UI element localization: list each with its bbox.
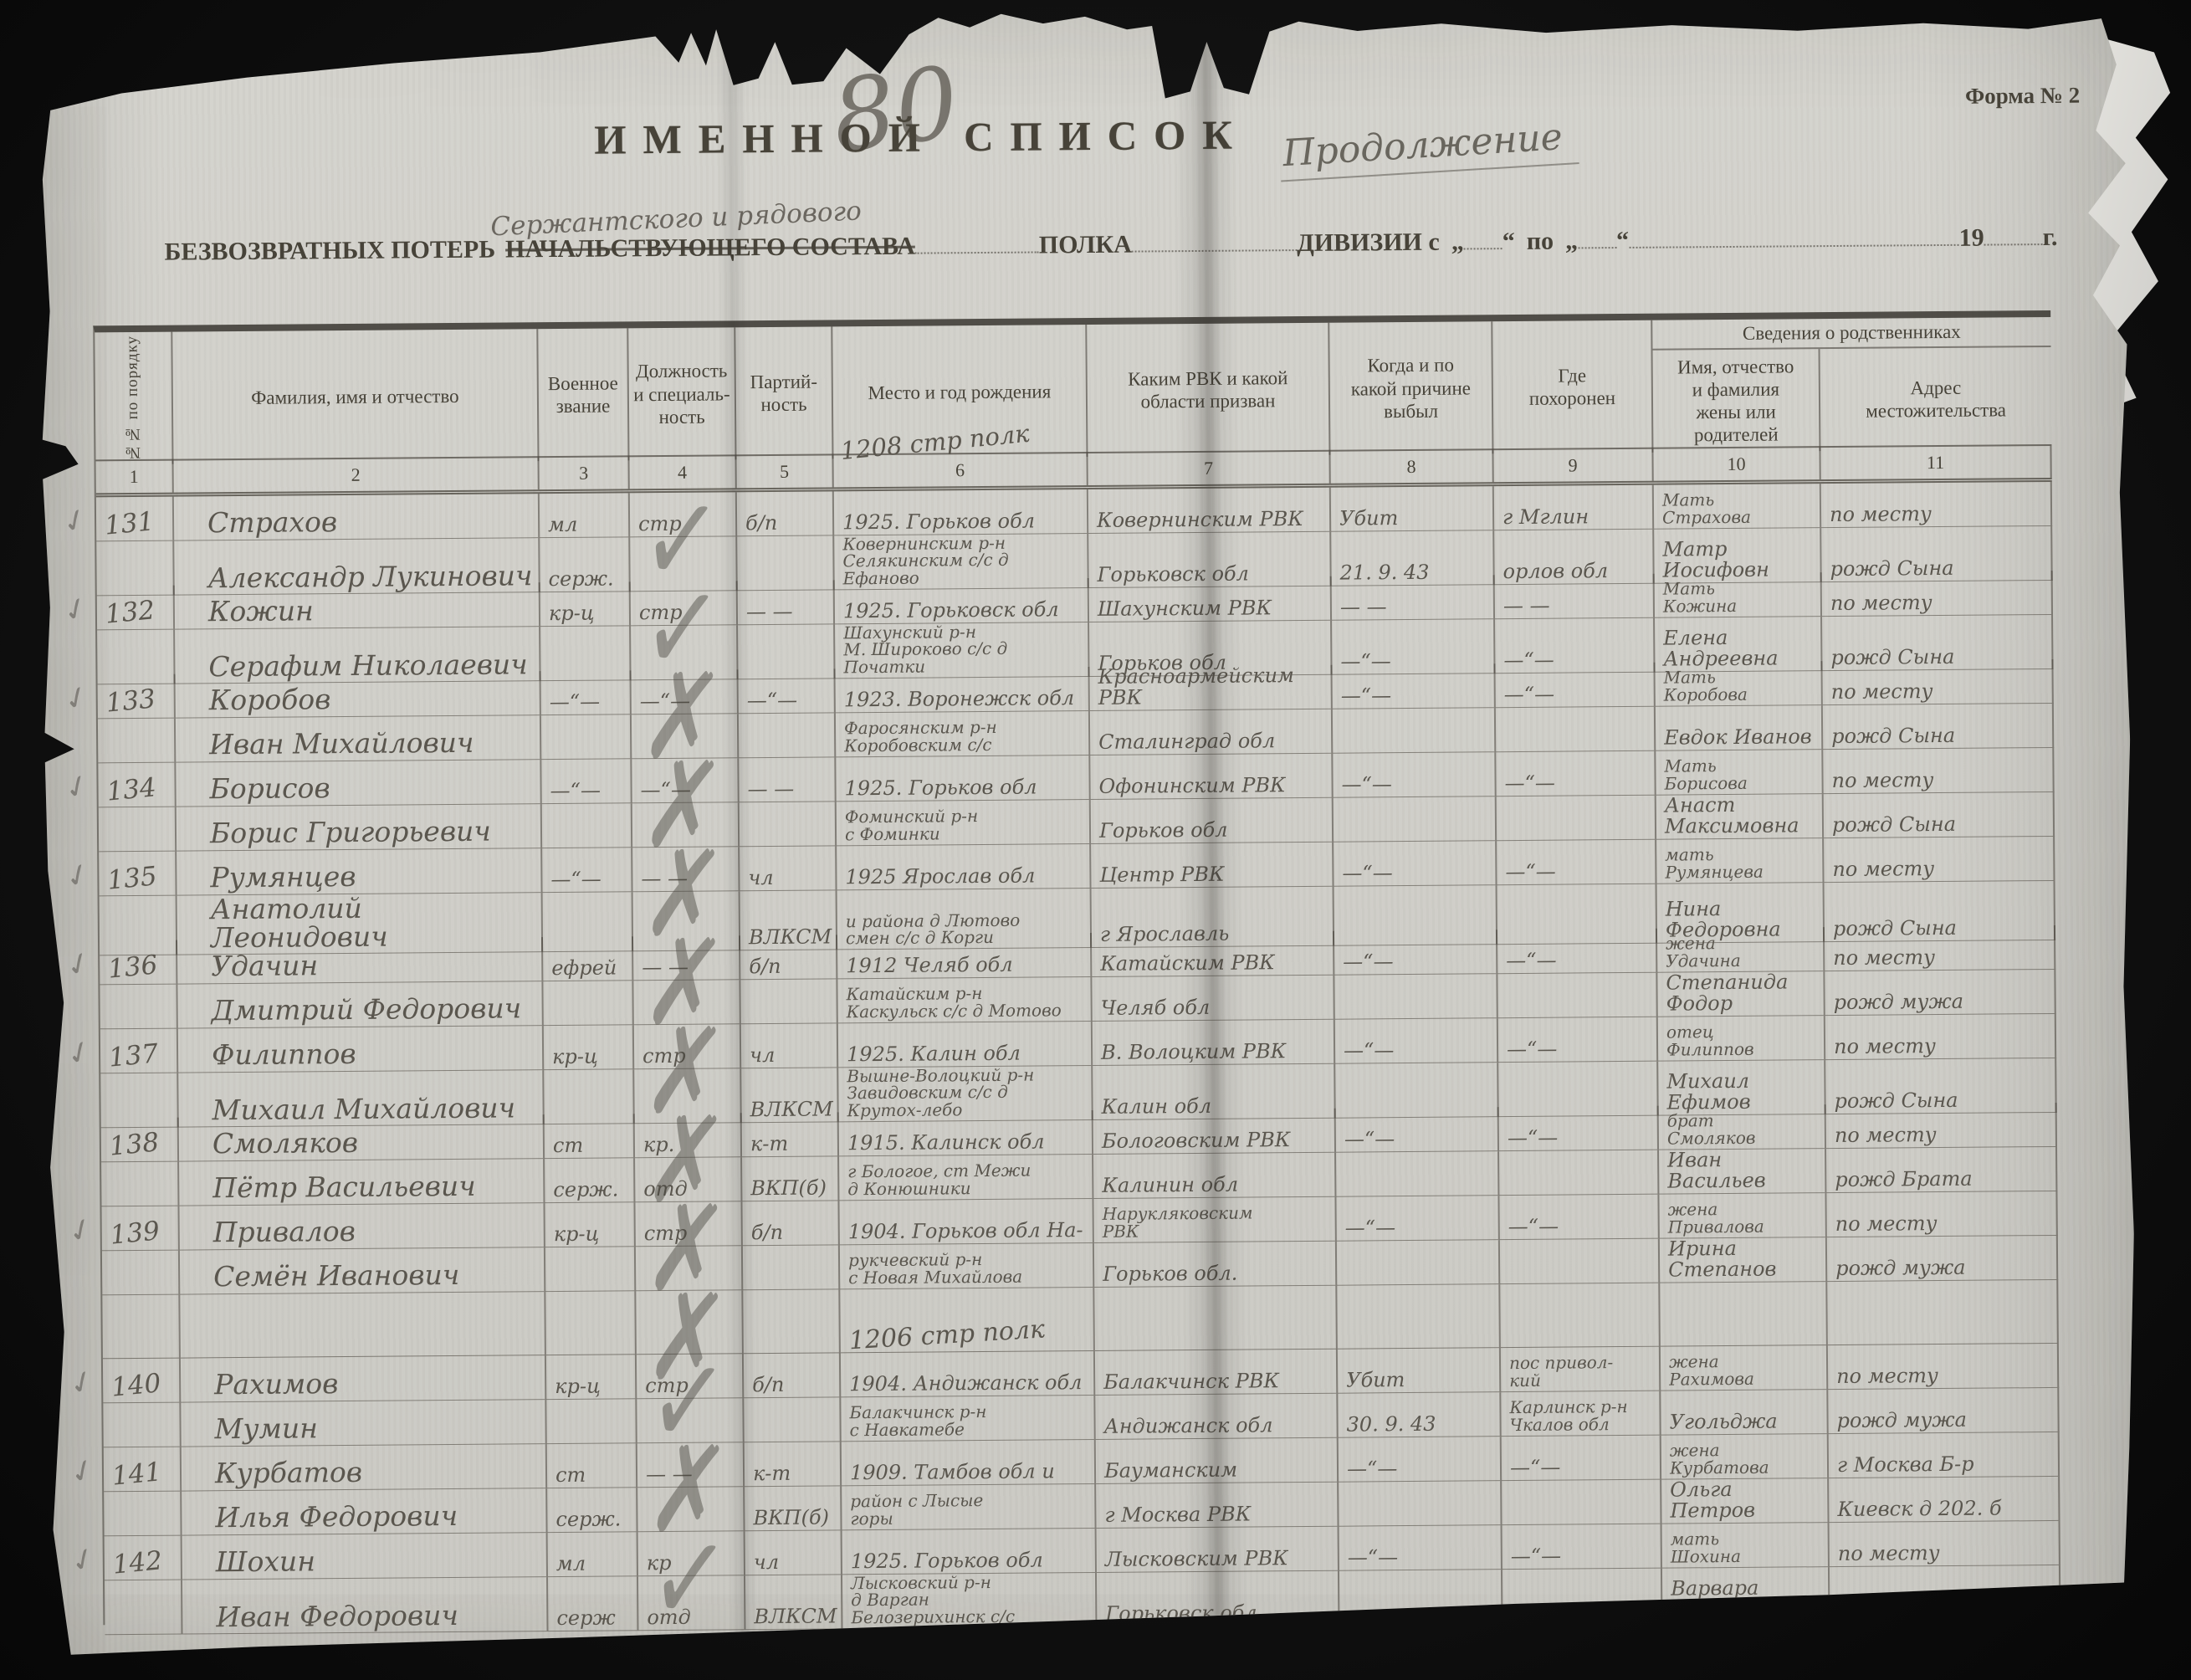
handwritten-entry: Фаросянским р-н Коробовским с/с	[844, 719, 997, 754]
handwritten-entry: Коробов	[184, 685, 331, 715]
table-cell: Борисов	[176, 760, 541, 807]
handwritten-entry: Илья Федорович	[190, 1502, 458, 1532]
table-cell: г Москва Б-р	[1829, 1432, 2060, 1478]
handwritten-entry: 132	[105, 598, 156, 629]
handwritten-entry: —“—	[1343, 951, 1393, 972]
table-cell	[637, 1487, 745, 1532]
table-cell: —“—	[1499, 1106, 1659, 1151]
table-cell: Иван Васильев	[1659, 1149, 1826, 1195]
handwritten-entry: пос привол- кий	[1509, 1354, 1614, 1389]
table-cell: Филиппов	[178, 1026, 544, 1073]
handwritten-entry: —“—	[550, 691, 600, 712]
table-cell: г Мглин	[1494, 485, 1654, 530]
handwritten-entry: 30. 9. 43	[1346, 1413, 1436, 1434]
handwritten-entry: по месту	[1831, 770, 1933, 791]
record-row: 131Страховмлстрб/п1925. Горьков облКовер…	[96, 482, 2053, 586]
handwritten-entry: Нарукляковским РВК	[1103, 1205, 1253, 1240]
table-cell: 138	[101, 1118, 179, 1163]
handwritten-entry: Горьковск обл	[1105, 1602, 1257, 1624]
handwritten-entry: ст	[555, 1464, 586, 1485]
handwritten-entry: — —	[642, 956, 689, 977]
table-cell: —“—	[1336, 1107, 1499, 1153]
table-cell: Кожин	[175, 582, 540, 629]
handwritten-entry: кр-ц	[552, 1046, 598, 1067]
handwritten-entry: Катайским р-н Каскульск с/с д Мотово	[846, 985, 1061, 1021]
handwritten-entry: —“—	[640, 690, 690, 711]
handwritten-entry: ВКП(б)	[750, 1177, 827, 1198]
table-cell: по месту	[1830, 1521, 2060, 1567]
handwritten-entry: район с Лысые горы	[850, 1492, 983, 1527]
table-cell: —“—	[738, 668, 835, 714]
handwritten-entry: Борисов	[184, 774, 330, 803]
fill-in-line: Сержантского и рядового БЕЗВОЗВРАТНЫХ ПО…	[164, 223, 2057, 267]
table-cell: Шахунским РВК	[1089, 576, 1332, 622]
table-cell	[1500, 1239, 1660, 1284]
handwritten-entry: по месту	[1833, 947, 1935, 968]
table-cell: 1923. Воронежск обл	[835, 667, 1089, 713]
table-cell: Лысковский р-н д Варган Белозерихинск с/…	[842, 1573, 1098, 1630]
table-cell: к-т	[745, 1442, 842, 1487]
dotted-blank	[915, 238, 1039, 254]
table-cell	[1337, 1284, 1501, 1350]
table-cell: рожд Сына	[1824, 792, 2055, 838]
table-cell: Мать Борисова	[1656, 750, 1823, 796]
table-cell: Шохин	[182, 1533, 548, 1580]
handwritten-entry: Центр РВК	[1099, 863, 1224, 885]
table-cell: рожд мужа	[1825, 970, 2055, 1016]
col-header-party: Партий- ность	[735, 326, 833, 459]
table-cell: по месту	[1825, 1014, 2056, 1060]
table-cell: Анаст Максимовна	[1656, 794, 1824, 840]
handwritten-entry: Бауманским	[1104, 1459, 1237, 1481]
handwritten-entry: кр.	[643, 1134, 675, 1155]
table-cell	[1337, 1240, 1500, 1286]
table-cell: —“—	[1499, 1195, 1659, 1240]
table-cell: б/п	[744, 1353, 841, 1398]
table-cell: —“—	[541, 759, 632, 804]
table-cell: 1915. Калинск обл	[839, 1110, 1093, 1156]
handwritten-entry: серж.	[553, 1179, 618, 1200]
table-cell	[102, 1295, 181, 1360]
table-cell: Катайским РВК	[1092, 931, 1334, 977]
table-cell: г Бологое, ст Межи д Конюшники	[839, 1155, 1093, 1201]
table-cell: 1925. Горьков обл	[836, 755, 1090, 802]
relatives-group: Сведения о родственниках Имя, отчество и…	[1652, 317, 2051, 453]
handwritten-entry: —“—	[1507, 1038, 1557, 1059]
table-cell: Челяб обл	[1092, 976, 1334, 1022]
table-cell: 141	[104, 1447, 182, 1493]
handwritten-entry: 140	[110, 1371, 162, 1402]
table-cell: 134	[98, 763, 176, 808]
column-number: 8	[1330, 450, 1493, 484]
table-cell	[541, 715, 632, 760]
handwritten-entry: 137	[108, 1042, 160, 1073]
table-cell: Рахимов	[181, 1355, 546, 1402]
table-cell	[1502, 1569, 1663, 1625]
handwritten-entry: по месту	[1835, 1124, 1937, 1145]
handwritten-entry: —“—	[1505, 861, 1555, 882]
handwritten-entry: Рахимов	[189, 1370, 338, 1399]
handwritten-entry: Лысковский р-н д Варган Белозерихинск с/…	[851, 1574, 1015, 1626]
table-cell: 30. 9. 43	[1338, 1392, 1501, 1438]
table-cell: мл	[540, 493, 630, 538]
table-cell: ст	[547, 1443, 637, 1488]
table-cell: по месту	[1821, 482, 2052, 528]
handwritten-entry: рожд Сына	[1832, 813, 1956, 835]
handwritten-entry: рожд Брата	[1835, 1168, 1972, 1190]
handwritten-entry: ст	[553, 1135, 583, 1155]
handwritten-entry: 1909. Тамбов обл и	[850, 1461, 1055, 1483]
table-cell: Варвара Никишна	[1662, 1567, 1830, 1623]
handwritten-entry: 1206 стр полк	[848, 1318, 1046, 1355]
handwritten-entry: Дмитрий Федорович	[187, 995, 522, 1026]
table-cell	[1502, 1480, 1661, 1525]
col-header-index: №№ по порядку	[95, 332, 173, 465]
table-cell: по месту	[1822, 571, 2053, 617]
handwritten-entry: 134	[105, 776, 157, 807]
handwritten-entry: по месту	[1832, 858, 1934, 879]
handwritten-entry: жена Удачина	[1666, 935, 1741, 969]
table-cell	[1497, 796, 1656, 841]
handwritten-entry: 139	[109, 1219, 161, 1250]
handwritten-entry: Мать Коробова	[1664, 668, 1748, 704]
handwritten-entry: Мать Борисова	[1664, 757, 1748, 792]
table-cell: — —	[637, 1442, 745, 1488]
table-cell: —“—	[1334, 841, 1497, 887]
table-cell: Карлинск р-н Чкалов обл	[1501, 1391, 1661, 1437]
table-cell: Центр РВК	[1091, 843, 1334, 889]
table-cell: 1206 стр полк	[840, 1288, 1095, 1353]
table-cell: рожд Сына	[1830, 1565, 2061, 1621]
dotted-blank	[1578, 233, 1616, 248]
table-cell: —“—	[1498, 1017, 1658, 1063]
table-cell	[632, 802, 740, 848]
handwritten-entry: —“—	[1510, 1457, 1560, 1478]
col-header-address: Адрес местожительства	[1820, 347, 2052, 451]
handwritten-entry: ефрей	[551, 957, 617, 978]
subtitle-losses: БЕЗВОЗВРАТНЫХ ПОТЕРЬ	[164, 236, 495, 267]
col-header-relatives: Имя, отчество и фамилия жены или родител…	[1653, 349, 1821, 453]
col-header-birth: Место и год рождения 1208 стр полк	[832, 325, 1088, 459]
handwritten-entry: мать Шохина	[1671, 1530, 1741, 1565]
table-cell	[99, 807, 177, 853]
handwritten-entry: г Бологое, ст Межи д Конюшники	[847, 1162, 1031, 1198]
table-cell: б/п	[740, 935, 837, 980]
handwritten-entry: 1923. Воронежск обл	[844, 688, 1074, 710]
handwritten-entry: 142	[111, 1549, 163, 1580]
table-cell: 1925. Горьковск обл	[835, 578, 1089, 624]
margin-tick-mark: ✓	[65, 1539, 102, 1581]
table-cell: по месту	[1828, 1344, 2059, 1390]
table-cell: 1912 Челяб обл	[837, 933, 1092, 979]
table-cell: по месту	[1826, 1191, 2057, 1237]
table-cell	[103, 1403, 181, 1448]
handwritten-entry: Филиппов	[187, 1040, 356, 1069]
handwritten-entry: 1925. Горьков обл	[842, 510, 1035, 532]
table-cell	[1660, 1282, 1828, 1347]
handwritten-entry: ВЛКСМ	[754, 1606, 837, 1626]
table-cell: Семён Иванович	[180, 1247, 545, 1294]
table-cell: Нарукляковским РВК	[1093, 1197, 1336, 1243]
table-cell: Калинин обл	[1093, 1153, 1336, 1199]
table-cell: —“—	[1335, 1018, 1498, 1064]
handwritten-entry: б/п	[749, 955, 781, 976]
handwritten-entry: 135	[106, 864, 158, 895]
handwritten-entry: отец Филиппов	[1666, 1023, 1754, 1058]
table-cell: стр	[630, 492, 737, 537]
handwritten-entry: рукчевский р-н с Новая Михайлова	[848, 1251, 1022, 1286]
table-cell	[104, 1492, 182, 1537]
table-cell: Евдок Иванов	[1656, 705, 1823, 751]
handwritten-entry: 138	[109, 1130, 161, 1161]
table-cell: Ольга Петров	[1661, 1478, 1829, 1524]
handwritten-entry: Угольджа	[1669, 1411, 1777, 1432]
table-cell: —“—	[1339, 1525, 1502, 1571]
table-cell	[1500, 1283, 1661, 1348]
table-cell: —“—	[1334, 930, 1497, 976]
record-row: 137Филипповкр-цстрчл1925. Калин облВ. Во…	[100, 1014, 2057, 1118]
handwritten-entry: Ирина Степанов	[1668, 1237, 1820, 1279]
table-cell: — —	[739, 757, 836, 802]
handwritten-entry: Горьков обл	[1099, 819, 1228, 841]
table-cell: Фаросянским р-н Коробовским с/с	[836, 711, 1090, 757]
open-quote: „	[1565, 227, 1578, 255]
table-cell: Борис Григорьевич	[177, 804, 542, 851]
table-header: №№ по порядку Фамилия, имя и отчество Во…	[95, 317, 2051, 461]
table-cell: стр	[631, 581, 738, 626]
table-cell: — —	[633, 935, 740, 981]
margin-tick-mark: ✓	[64, 1362, 100, 1404]
table-cell	[545, 1247, 636, 1292]
table-cell: — —	[1332, 575, 1495, 621]
handwritten-entry: Челяб обл	[1101, 996, 1211, 1017]
table-cell	[740, 979, 837, 1024]
table-cell	[1334, 974, 1497, 1020]
handwritten-entry: Бологовским РВК	[1102, 1129, 1291, 1151]
handwritten-entry: по месту	[1838, 1543, 1940, 1564]
table-cell: Ирина Степанов	[1660, 1237, 1827, 1283]
table-cell: по месту	[1825, 925, 2055, 971]
table-cell: б/п	[737, 491, 834, 536]
handwritten-entry: к-т	[753, 1462, 791, 1483]
column-number: 9	[1493, 449, 1653, 482]
handwritten-entry: Евдок Иванов	[1664, 726, 1812, 748]
handwritten-entry: серж.	[555, 1508, 621, 1529]
table-cell	[545, 1291, 637, 1355]
handwritten-entry: по месту	[1830, 592, 1932, 613]
handwritten-entry: стр	[638, 513, 682, 534]
handwritten-entry: по месту	[1836, 1365, 1938, 1386]
table-cell: жена Курбатова	[1661, 1434, 1829, 1480]
handwritten-entry: —“—	[1508, 1216, 1559, 1237]
margin-tick-mark: ✓	[61, 1032, 98, 1074]
table-cell: —“—	[1339, 1437, 1502, 1483]
record-row: 142Шохинмлкрчл1925. Горьков облЛысковски…	[105, 1521, 2061, 1625]
handwritten-entry: Борис Григорьевич	[185, 817, 491, 848]
handwritten-entry: чл	[748, 868, 773, 889]
dotted-blank	[1984, 230, 2043, 246]
handwritten-entry: Пётр Васильевич	[187, 1172, 476, 1202]
handwritten-entry: Катайским РВК	[1100, 952, 1275, 974]
handwritten-entry: мл	[556, 1553, 586, 1574]
handwritten-entry: —“—	[1504, 684, 1554, 704]
handwritten-entry: рожд мужа	[1835, 1257, 1966, 1278]
handwritten-entry: Кожин	[183, 597, 314, 627]
table-cell: Бологовским РВК	[1093, 1109, 1336, 1155]
table-cell: серж	[548, 1576, 639, 1631]
table-cell: рожд Сына	[1823, 704, 2054, 750]
table-cell: б/п	[742, 1201, 839, 1246]
table-cell: —“—	[632, 758, 739, 803]
table-cell: —“—	[1333, 752, 1496, 798]
table-cell: по месту	[1822, 659, 2053, 705]
table-cell	[543, 981, 633, 1026]
table-cell: 136	[100, 940, 177, 986]
handwritten-entry: Карлинск р-н Чкалов обл	[1509, 1398, 1628, 1433]
table-cell	[1094, 1286, 1338, 1351]
table-cell	[739, 713, 836, 758]
table-cell	[1334, 796, 1497, 843]
table-cell: —“—	[1497, 929, 1657, 974]
table-cell: жена Удачина	[1657, 927, 1825, 973]
handwritten-entry: Привалов	[188, 1217, 356, 1247]
table-cell: отец Филиппов	[1658, 1016, 1825, 1062]
column-number: 1	[96, 461, 174, 494]
margin-tick-mark: ✓	[58, 589, 95, 631]
table-cell	[1827, 1280, 2059, 1345]
table-cell: Румянцев	[177, 848, 542, 895]
table-cell: —“—	[542, 848, 632, 893]
handwritten-entry: — —	[1503, 595, 1550, 616]
handwritten-entry: Калинин обл	[1102, 1174, 1238, 1196]
year-label: 19	[1959, 224, 1984, 253]
handwritten-entry: 1925. Горьковск обл	[843, 599, 1059, 621]
margin-tick-mark: ✓	[63, 1210, 100, 1252]
handwritten-entry: мл	[548, 514, 577, 535]
table-cell: Смоляков	[179, 1114, 545, 1161]
table-cell: кр.	[635, 1113, 742, 1158]
table-cell: отд	[638, 1575, 746, 1631]
table-cell: ВКП(б)	[742, 1156, 839, 1201]
handwritten-entry: Мать Страхова	[1662, 491, 1751, 526]
table-cell: —“—	[1502, 1524, 1662, 1570]
record-row: 134Борисов—“——“—— —1925. Горьков облОфон…	[98, 748, 2055, 852]
table-cell	[1499, 1150, 1659, 1196]
handwritten-entry: —“—	[747, 689, 797, 710]
table-cell: Угольджа	[1661, 1390, 1828, 1436]
record-row: 139Приваловкр-цстрб/п1904. Горьков обл Н…	[102, 1191, 2059, 1295]
handwritten-entry: Сталинград обл	[1098, 730, 1275, 752]
table-cell: г Москва РВК	[1096, 1483, 1339, 1529]
handwritten-entry: —“—	[1344, 1040, 1394, 1061]
handwritten-entry: —“—	[1506, 950, 1556, 971]
losses-table: №№ по порядку Фамилия, имя и отчество Во…	[93, 310, 2060, 1625]
handwritten-entry: —“—	[1342, 863, 1392, 884]
table-cell: Киевск д 202. б	[1829, 1477, 2060, 1523]
record-row: 133Коробов—“——“——“—1923. Воронежск облКр…	[98, 659, 2055, 763]
handwritten-entry: 131	[104, 510, 156, 540]
handwritten-entry: —“—	[550, 868, 601, 889]
table-cell: кр-ц	[545, 1202, 635, 1247]
table-cell: —“—	[540, 670, 631, 715]
handwritten-entry: Шохин	[191, 1548, 315, 1577]
table-cell: мл	[548, 1532, 638, 1577]
handwritten-entry: Ольга Петров	[1670, 1478, 1822, 1520]
handwritten-entry: Фоминский р-н с Фоминки	[845, 807, 979, 843]
col-header-rvk: Каким РВК и какой области призван	[1087, 323, 1330, 457]
handwritten-entry: ВКП(б)	[753, 1507, 829, 1528]
handwritten-entry: 1904. Андижанск обл	[849, 1372, 1082, 1395]
margin-tick-mark: ✓	[64, 1451, 101, 1493]
handwritten-entry: —“—	[1341, 685, 1391, 706]
table-cell: жена Привалова	[1659, 1193, 1826, 1239]
handwritten-entry: 133	[105, 687, 156, 718]
relatives-group-title: Сведения о родственниках	[1652, 317, 2050, 351]
handwritten-entry: Степанида Фодор	[1666, 971, 1818, 1013]
handwritten-entry: 141	[111, 1460, 163, 1491]
handwritten-entry: б/п	[752, 1374, 784, 1395]
table-cell: 135	[99, 852, 177, 897]
table-cell: Страхов	[174, 494, 540, 540]
table-cell: — —	[1495, 574, 1655, 619]
table-cell: ВКП(б)	[745, 1486, 842, 1531]
margin-tick-mark: ✓	[59, 678, 95, 720]
document-page: 80 Форма № 2 ИМЕННОЙ СПИСОКПродолжение С…	[37, 0, 2145, 1662]
table-cell: Мать Страхова	[1654, 484, 1821, 530]
col-header-buried: Где похоронен	[1492, 320, 1653, 454]
table-cell	[105, 1580, 183, 1636]
handwritten-entry: Мать Кожина	[1663, 580, 1738, 614]
handwritten-entry: Курбатов	[190, 1458, 362, 1488]
table-cell: Андижанск обл	[1095, 1394, 1338, 1440]
col-header-cause: Когда и по какой причине выбыл	[1329, 321, 1493, 455]
handwritten-entry: Горьков обл.	[1103, 1263, 1237, 1284]
table-cell: Бауманским	[1096, 1438, 1339, 1484]
table-cell: рожд мужа	[1827, 1236, 2058, 1282]
title-bar: ИМЕННОЙ СПИСОКПродолжение	[38, 104, 2133, 174]
table-cell	[1333, 708, 1496, 754]
table-cell: рожд Брата	[1826, 1147, 2057, 1193]
table-cell: чл	[741, 1023, 838, 1068]
table-cell: к-т	[742, 1112, 839, 1157]
table-cell	[636, 1246, 743, 1291]
table-cell: район с Лысые горы	[842, 1484, 1096, 1530]
handwritten-entry: Румянцев	[185, 863, 356, 892]
table-cell	[101, 1162, 179, 1207]
record-row: 141Курбатовст— —к-т1909. Тамбов обл иБау…	[104, 1432, 2060, 1536]
close-quote: “	[1502, 228, 1515, 256]
handwritten-entry: стр	[642, 1045, 686, 1066]
handwritten-entry: Балакчинск РВК	[1103, 1370, 1279, 1392]
record-row: 140Рахимовкр-цстрб/п1904. Андижанск облБ…	[103, 1344, 2060, 1447]
handwritten-entry: рожд Сына	[1838, 1597, 1962, 1619]
handwritten-entry: — —	[641, 868, 688, 889]
table-cell	[546, 1399, 637, 1444]
column-number: 10	[1653, 448, 1820, 481]
table-cell: Балакчинск р-н с Навкатебе	[841, 1396, 1095, 1442]
handwritten-entry: чл	[750, 1045, 775, 1066]
handwritten-entry: Офонинским РВК	[1098, 775, 1285, 796]
table-cell: — —	[738, 580, 835, 625]
table-cell: В. Волоцким РВК	[1093, 1020, 1335, 1066]
table-cell	[542, 803, 632, 848]
table-cell: Убит	[1331, 486, 1494, 532]
table-cell: ефрей	[543, 936, 633, 981]
table-cell: 1904. Горьков обл На-	[839, 1199, 1093, 1245]
handwritten-entry: к-т	[750, 1133, 788, 1154]
handwritten-entry: б/п	[745, 512, 777, 533]
table-cell	[1339, 1481, 1502, 1527]
